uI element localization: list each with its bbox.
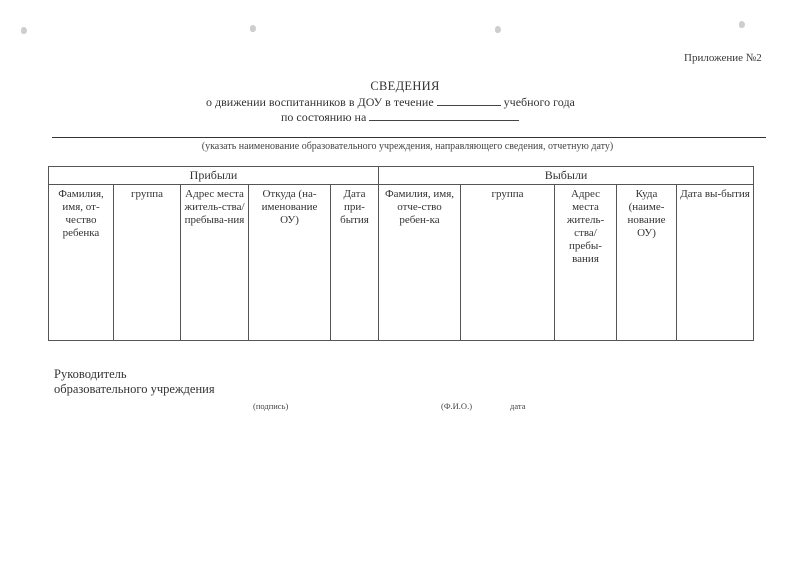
scan-speck	[739, 21, 745, 28]
scan-speck	[21, 27, 27, 34]
subtitle-text: о движении воспитанников в ДОУ в течение	[206, 95, 434, 109]
scan-speck	[250, 25, 256, 32]
signature-caption: (подпись)	[253, 401, 288, 411]
col-departed-group: группа	[461, 185, 555, 341]
academic-year-blank[interactable]	[437, 94, 501, 106]
as-of-line: по состоянию на	[281, 109, 519, 125]
annex-label: Приложение №2	[684, 52, 762, 64]
as-of-label: по состоянию на	[281, 110, 366, 124]
document-title: СВЕДЕНИЯ	[0, 79, 800, 94]
signatory-role-line2: образовательного учреждения	[54, 382, 215, 397]
date-caption: дата	[510, 401, 525, 411]
document-subtitle: о движении воспитанников в ДОУ в течение…	[206, 94, 575, 110]
col-departed-address: Адрес места житель-ства/ пребы-вания	[555, 185, 617, 341]
movement-table: Прибыли Выбыли Фамилия, имя, от-чество р…	[48, 166, 754, 341]
group-arrived: Прибыли	[49, 167, 379, 185]
col-arrived-name: Фамилия, имя, от-чество ребенка	[49, 185, 114, 341]
name-caption: (Ф.И.О.)	[441, 401, 472, 411]
signatory-role: Руководитель образовательного учреждения	[54, 367, 215, 397]
col-departed-name: Фамилия, имя, отче-ство ребен-ка	[379, 185, 461, 341]
col-arrived-from: Откуда (на-именование ОУ)	[249, 185, 331, 341]
group-header-row: Прибыли Выбыли	[49, 167, 754, 185]
column-header-row: Фамилия, имя, от-чество ребенка группа А…	[49, 185, 754, 341]
as-of-date-blank[interactable]	[369, 109, 519, 121]
col-arrived-group: группа	[114, 185, 181, 341]
signatory-role-line1: Руководитель	[54, 367, 215, 382]
institution-name-field[interactable]	[52, 137, 766, 138]
col-departed-date: Дата вы-бытия	[677, 185, 754, 341]
institution-instruction: (указать наименование образовательного у…	[0, 141, 800, 152]
group-departed: Выбыли	[379, 167, 754, 185]
col-arrived-date: Дата при-бытия	[331, 185, 379, 341]
col-departed-to: Куда (наиме-нование ОУ)	[617, 185, 677, 341]
subtitle-suffix: учебного года	[504, 95, 575, 109]
col-arrived-address: Адрес места житель-ства/ пребыва-ния	[181, 185, 249, 341]
scan-speck	[495, 26, 501, 33]
